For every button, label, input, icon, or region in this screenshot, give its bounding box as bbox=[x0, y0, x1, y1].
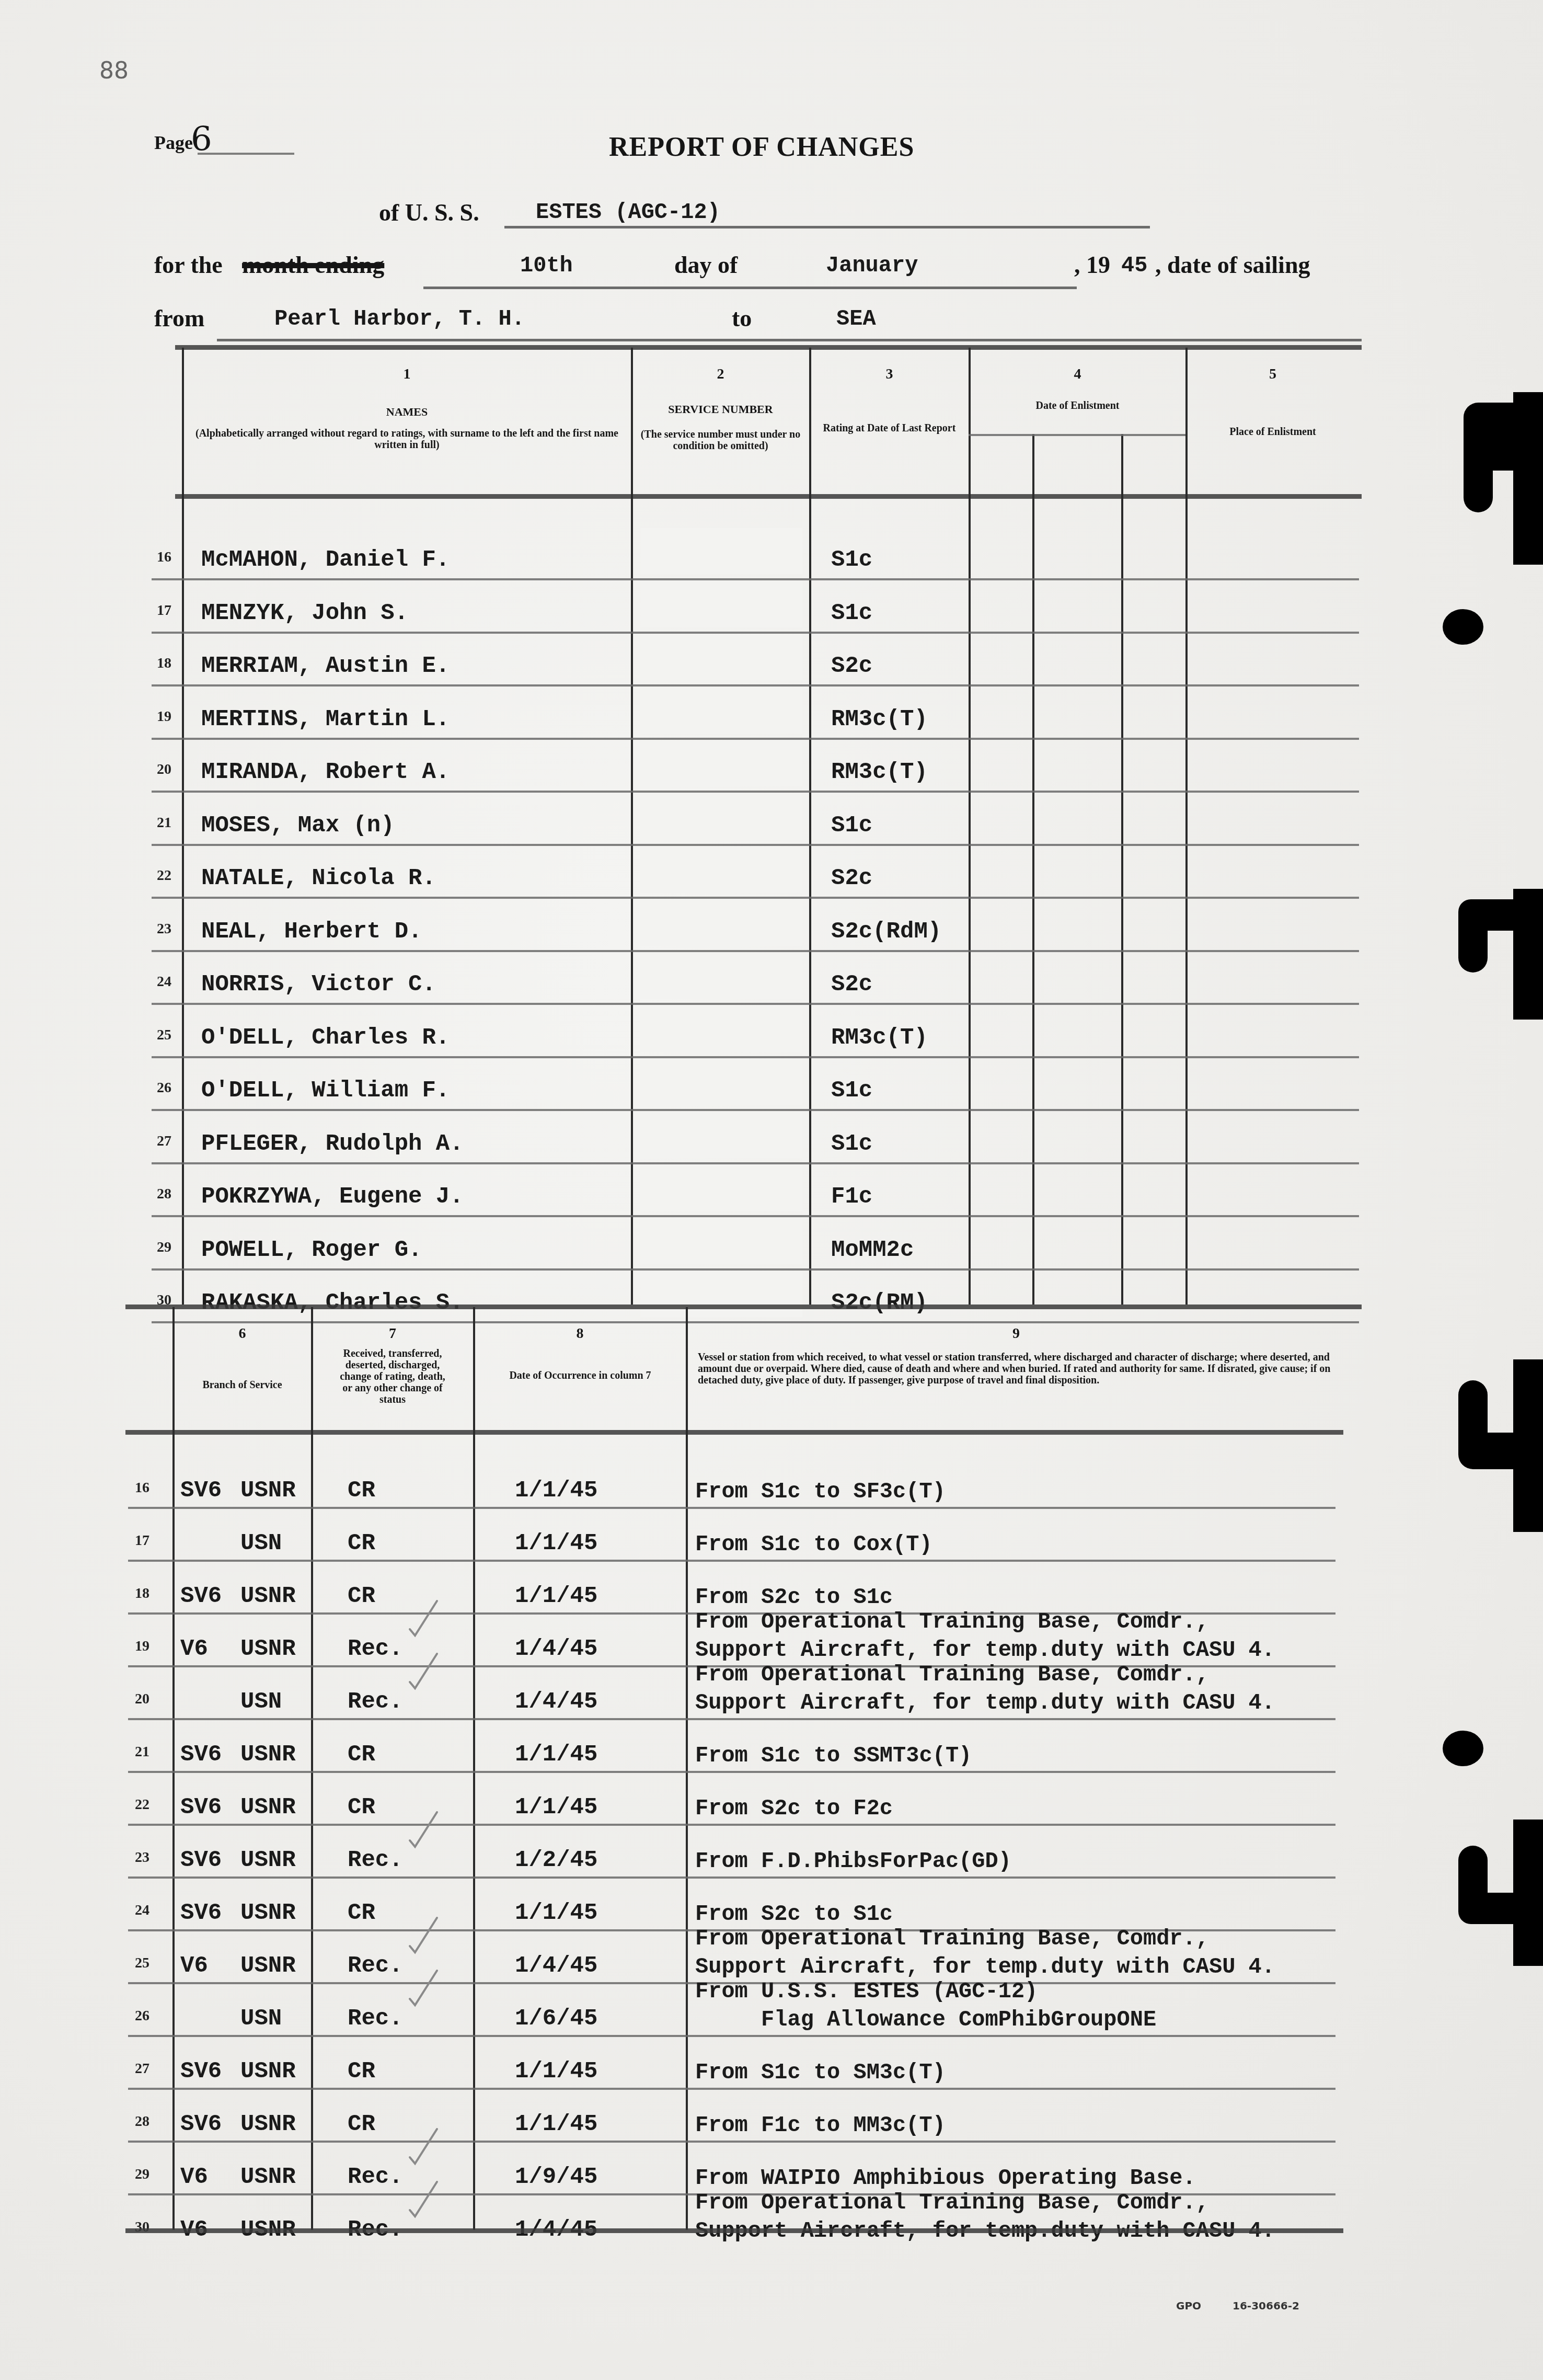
row-rule bbox=[152, 632, 1359, 634]
page-number-rule bbox=[198, 153, 294, 155]
row-number: 21 bbox=[135, 1744, 149, 1760]
occurrence-date: 1/4/45 bbox=[515, 1636, 597, 1662]
service-number-redacted bbox=[640, 900, 802, 946]
occurrence-date: 1/1/45 bbox=[515, 2058, 597, 2085]
status-change: CR bbox=[348, 1583, 375, 1609]
remarks-line-1: From Operational Training Base, Comdr., bbox=[695, 1925, 1209, 1953]
date-of-sailing-label: , date of sailing bbox=[1155, 251, 1310, 279]
col8-title: Date of Occurrence in column 7 bbox=[491, 1370, 669, 1381]
punch-hole-2 bbox=[1443, 1731, 1483, 1766]
row-rule bbox=[128, 1507, 1335, 1509]
row-number: 26 bbox=[135, 2008, 149, 2024]
rating: S2c bbox=[831, 971, 872, 998]
punch-hole-1 bbox=[1443, 609, 1483, 645]
row-number: 16 bbox=[135, 1480, 149, 1496]
service-number-redacted bbox=[640, 1218, 802, 1264]
branch-of-service: USNR bbox=[240, 1900, 296, 1926]
service-number-redacted bbox=[640, 528, 802, 574]
status-change: Rec. bbox=[348, 1689, 403, 1715]
row-rule bbox=[152, 1268, 1359, 1271]
from-label: from bbox=[154, 304, 204, 332]
row-number: 17 bbox=[157, 602, 171, 619]
branch-of-service: USNR bbox=[240, 2164, 296, 2190]
rating: RM3c(T) bbox=[831, 706, 928, 733]
page-label: Page bbox=[154, 132, 193, 154]
service-class: V6 bbox=[180, 1953, 208, 1979]
occurrence-date: 1/1/45 bbox=[515, 2111, 597, 2137]
row-number: 22 bbox=[135, 1797, 149, 1813]
sailor-name: NEAL, Herbert D. bbox=[201, 919, 422, 945]
service-number-redacted bbox=[640, 740, 802, 786]
of-uss-label: of U. S. S. bbox=[379, 199, 479, 226]
row-number: 26 bbox=[157, 1080, 171, 1096]
row-number: 28 bbox=[157, 1186, 171, 1203]
table2-border-left bbox=[172, 1307, 175, 2230]
service-number-redacted bbox=[640, 634, 802, 680]
col5-title: Place of Enlistment bbox=[1187, 426, 1359, 438]
sailor-name: MENZYK, John S. bbox=[201, 600, 408, 626]
to-value: SEA bbox=[836, 306, 876, 331]
occurrence-date: 1/1/45 bbox=[515, 1530, 597, 1557]
pencil-checkmark-icon bbox=[408, 2180, 439, 2222]
remarks: From F1c to MM3c(T) bbox=[695, 2111, 946, 2139]
rating: S1c bbox=[831, 1131, 872, 1157]
service-number-redacted bbox=[640, 953, 802, 999]
row-number: 29 bbox=[135, 2166, 149, 2183]
row-number: 24 bbox=[157, 974, 171, 990]
row-rule bbox=[152, 1321, 1359, 1323]
branch-of-service: USNR bbox=[240, 1478, 296, 1504]
occurrence-date: 1/1/45 bbox=[515, 1478, 597, 1504]
row-number: 25 bbox=[157, 1027, 171, 1044]
col7-title: Received, transferred, deserted, dischar… bbox=[335, 1348, 451, 1405]
row-rule bbox=[152, 684, 1359, 686]
table2-col-divider-3 bbox=[686, 1307, 688, 2230]
remarks: From S2c to F2c bbox=[695, 1794, 893, 1823]
col8-number: 8 bbox=[474, 1325, 686, 1342]
enlistment-subcol-2 bbox=[1121, 434, 1123, 1305]
branch-of-service: USN bbox=[240, 1530, 282, 1557]
row-rule bbox=[128, 1718, 1335, 1720]
service-class: SV6 bbox=[180, 2111, 222, 2137]
row-number: 18 bbox=[157, 655, 171, 672]
table1-top-rule bbox=[175, 345, 1362, 350]
from-to-rule bbox=[217, 339, 1362, 341]
row-number: 27 bbox=[135, 2061, 149, 2077]
binder-tab-top-hook bbox=[1464, 460, 1493, 512]
status-change: Rec. bbox=[348, 1953, 403, 1979]
service-class: SV6 bbox=[180, 1742, 222, 1768]
table2-col-divider-2 bbox=[473, 1307, 475, 2230]
remarks-line-2: Flag Allowance ComPhibGroupONE bbox=[695, 2006, 1156, 2034]
service-class: SV6 bbox=[180, 1478, 222, 1504]
service-number-redacted bbox=[640, 1271, 802, 1317]
remarks-line-1: From Operational Training Base, Comdr., bbox=[695, 1608, 1209, 1636]
service-class: V6 bbox=[180, 1636, 208, 1662]
col4-number: 4 bbox=[970, 366, 1185, 383]
rating: S2c bbox=[831, 653, 872, 679]
remarks: From S1c to SM3c(T) bbox=[695, 2058, 946, 2087]
rating: F1c bbox=[831, 1184, 872, 1210]
row-number: 27 bbox=[157, 1133, 171, 1150]
branch-of-service: USNR bbox=[240, 1583, 296, 1609]
remarks: From S1c to SF3c(T) bbox=[695, 1478, 946, 1506]
pencil-checkmark-icon bbox=[408, 1599, 439, 1641]
pencil-checkmark-icon bbox=[408, 2127, 439, 2169]
sailor-name: POKRZYWA, Eugene J. bbox=[201, 1184, 464, 1210]
occurrence-date: 1/2/45 bbox=[515, 1847, 597, 1873]
row-number: 20 bbox=[135, 1691, 149, 1708]
service-class: SV6 bbox=[180, 2058, 222, 2085]
remarks-line-2: Support Aircraft, for temp.duty with CAS… bbox=[695, 1689, 1275, 1717]
row-rule bbox=[152, 844, 1359, 846]
rating: S1c bbox=[831, 600, 872, 626]
status-change: Rec. bbox=[348, 1636, 403, 1662]
service-class: SV6 bbox=[180, 1794, 222, 1821]
row-rule bbox=[152, 791, 1359, 793]
col2-number: 2 bbox=[632, 366, 809, 383]
service-class: SV6 bbox=[180, 1847, 222, 1873]
form-number: 16-30666-2 bbox=[1233, 2299, 1299, 2312]
remarks: From WAIPIO Amphibious Operating Base. bbox=[695, 2164, 1196, 2192]
col1-note: (Alphabetically arranged without regard … bbox=[191, 428, 623, 451]
table1-border-left bbox=[182, 348, 184, 1305]
row-number: 22 bbox=[157, 867, 171, 884]
col1-number: 1 bbox=[183, 366, 631, 383]
row-number: 28 bbox=[135, 2113, 149, 2130]
row-rule bbox=[152, 950, 1359, 952]
remarks-line-1: From Operational Training Base, Comdr., bbox=[695, 2189, 1209, 2217]
sailor-name: MIRANDA, Robert A. bbox=[201, 759, 450, 785]
binder-tab-bottom bbox=[1458, 1893, 1537, 1924]
occurrence-date: 1/1/45 bbox=[515, 1583, 597, 1609]
rating: S2c bbox=[831, 865, 872, 891]
row-number: 18 bbox=[135, 1585, 149, 1602]
row-rule bbox=[152, 1215, 1359, 1217]
enlistment-subcol-1 bbox=[1032, 434, 1034, 1305]
col6-number: 6 bbox=[174, 1325, 311, 1342]
from-value: Pearl Harbor, T. H. bbox=[274, 306, 525, 331]
corner-mark: 88 bbox=[99, 58, 129, 84]
status-change: Rec. bbox=[348, 2006, 403, 2032]
sailor-name: PFLEGER, Rudolph A. bbox=[201, 1131, 464, 1157]
col1-title: NAMES bbox=[183, 405, 631, 418]
col5-number: 5 bbox=[1187, 366, 1359, 383]
remarks-line-1: From Operational Training Base, Comdr., bbox=[695, 1661, 1209, 1689]
row-rule bbox=[128, 1771, 1335, 1773]
service-number-redacted bbox=[640, 1006, 802, 1052]
row-number: 17 bbox=[135, 1532, 149, 1549]
remarks-line-2: Support Aircraft, for temp.duty with CAS… bbox=[695, 1636, 1275, 1664]
table2-bottom-rule bbox=[125, 2228, 1343, 2233]
row-number: 16 bbox=[157, 549, 171, 566]
service-class: V6 bbox=[180, 2164, 208, 2190]
row-number: 25 bbox=[135, 1955, 149, 1972]
year-prefix: , 19 bbox=[1074, 251, 1110, 279]
branch-of-service: USNR bbox=[240, 2058, 296, 2085]
branch-of-service: USNR bbox=[240, 2111, 296, 2137]
enlistment-subheader-rule bbox=[969, 434, 1185, 436]
pencil-checkmark-icon bbox=[408, 1916, 439, 1958]
col2-title: SERVICE NUMBER bbox=[632, 403, 809, 416]
status-change: Rec. bbox=[348, 1847, 403, 1873]
sailor-name: POWELL, Roger G. bbox=[201, 1237, 422, 1263]
branch-of-service: USNR bbox=[240, 1636, 296, 1662]
occurrence-date: 1/1/45 bbox=[515, 1794, 597, 1821]
pencil-checkmark-icon bbox=[408, 1652, 439, 1694]
branch-of-service: USN bbox=[240, 1689, 282, 1715]
service-number-redacted bbox=[640, 1112, 802, 1158]
occurrence-date: 1/1/45 bbox=[515, 1742, 597, 1768]
rating: MoMM2c bbox=[831, 1237, 914, 1263]
branch-of-service: USNR bbox=[240, 1742, 296, 1768]
sailor-name: NATALE, Nicola R. bbox=[201, 865, 436, 891]
col7-number: 7 bbox=[312, 1325, 473, 1342]
service-number-redacted bbox=[640, 581, 802, 627]
page-title: REPORT OF CHANGES bbox=[609, 132, 914, 163]
branch-of-service: USNR bbox=[240, 1794, 296, 1821]
col4-title: Date of Enlistment bbox=[970, 400, 1185, 411]
status-change: CR bbox=[348, 1900, 375, 1926]
row-number: 30 bbox=[135, 2219, 149, 2236]
row-number: 20 bbox=[157, 761, 171, 778]
branch-of-service: USNR bbox=[240, 1847, 296, 1873]
to-label: to bbox=[732, 304, 752, 332]
col3-number: 3 bbox=[810, 366, 969, 383]
rating: S2c(RM) bbox=[831, 1290, 928, 1316]
ship-name: ESTES (AGC-12) bbox=[536, 200, 720, 225]
service-number-redacted bbox=[640, 688, 802, 734]
sailor-name: MERRIAM, Austin E. bbox=[201, 653, 450, 679]
row-number: 19 bbox=[157, 708, 171, 725]
printer-mark: GPO bbox=[1176, 2299, 1201, 2312]
col2-note: (The service number must under no condit… bbox=[640, 429, 801, 452]
status-change: CR bbox=[348, 2111, 375, 2137]
table2-col-divider-1 bbox=[311, 1307, 313, 2230]
table2-header-bottom-rule bbox=[125, 1430, 1343, 1435]
col6-title: Branch of Service bbox=[174, 1379, 311, 1391]
service-number-redacted bbox=[640, 1165, 802, 1211]
month-value: January bbox=[826, 253, 918, 278]
row-number: 23 bbox=[157, 921, 171, 937]
pencil-checkmark-icon bbox=[408, 1810, 439, 1852]
row-number: 23 bbox=[135, 1849, 149, 1866]
row-rule bbox=[152, 578, 1359, 580]
binder-tab-lower bbox=[1458, 1433, 1537, 1469]
row-rule bbox=[152, 738, 1359, 740]
table1-col-divider-1 bbox=[631, 348, 633, 1305]
row-number: 21 bbox=[157, 815, 171, 831]
service-number-redacted bbox=[640, 794, 802, 840]
occurrence-date: 1/9/45 bbox=[515, 2164, 597, 2190]
remarks: From S1c to Cox(T) bbox=[695, 1530, 932, 1559]
row-rule bbox=[152, 1162, 1359, 1164]
row-rule bbox=[152, 897, 1359, 899]
table1-header-bottom-rule bbox=[175, 494, 1362, 499]
rating: RM3c(T) bbox=[831, 1025, 928, 1051]
sailor-name: NORRIS, Victor C. bbox=[201, 971, 436, 998]
service-class: SV6 bbox=[180, 1900, 222, 1926]
remarks-line-2: Support Aircraft, for temp.duty with CAS… bbox=[695, 1953, 1275, 1981]
row-rule bbox=[128, 1824, 1335, 1826]
status-change: CR bbox=[348, 1478, 375, 1504]
sailor-name: RAKASKA, Charles S. bbox=[201, 1290, 464, 1316]
status-change: Rec. bbox=[348, 2164, 403, 2190]
occurrence-date: 1/4/45 bbox=[515, 1689, 597, 1715]
rating: S1c bbox=[831, 547, 872, 573]
row-rule bbox=[128, 1560, 1335, 1562]
status-change: CR bbox=[348, 2058, 375, 2085]
document-page: 88 Page 6 REPORT OF CHANGES of U. S. S. … bbox=[0, 0, 1543, 2380]
for-the-rule bbox=[423, 287, 1077, 289]
col9-title: Vessel or station from which received, t… bbox=[698, 1352, 1338, 1386]
sailor-name: O'DELL, William F. bbox=[201, 1078, 450, 1104]
remarks: From F.D.PhibsForPac(GD) bbox=[695, 1847, 1011, 1875]
branch-of-service: USN bbox=[240, 2006, 282, 2032]
status-change: CR bbox=[348, 1742, 375, 1768]
day-of-label: day of bbox=[674, 251, 738, 279]
remarks-line-1: From U.S.S. ESTES (AGC-12) bbox=[695, 1977, 1038, 2006]
branch-of-service: USNR bbox=[240, 1953, 296, 1979]
binder-tab-mid-hook bbox=[1458, 920, 1488, 972]
occurrence-date: 1/6/45 bbox=[515, 2006, 597, 2032]
remarks: From S2c to S1c bbox=[695, 1583, 893, 1611]
table1-col-divider-3 bbox=[969, 348, 971, 1305]
day-value: 10th bbox=[520, 253, 573, 278]
rating: S2c(RdM) bbox=[831, 919, 941, 945]
service-number-redacted bbox=[640, 846, 802, 892]
row-rule bbox=[152, 1109, 1359, 1111]
pencil-checkmark-icon bbox=[408, 1969, 439, 2010]
col9-number: 9 bbox=[687, 1325, 1345, 1342]
year-value: 45 bbox=[1121, 253, 1147, 278]
row-number: 19 bbox=[135, 1638, 149, 1655]
occurrence-date: 1/1/45 bbox=[515, 1900, 597, 1926]
col3-title: Rating at Date of Last Report bbox=[815, 422, 963, 434]
rating: RM3c(T) bbox=[831, 759, 928, 785]
service-class: SV6 bbox=[180, 1583, 222, 1609]
sailor-name: MOSES, Max (n) bbox=[201, 813, 395, 839]
sailor-name: O'DELL, Charles R. bbox=[201, 1025, 450, 1051]
status-change: CR bbox=[348, 1794, 375, 1821]
occurrence-date: 1/4/45 bbox=[515, 1953, 597, 1979]
row-number: 24 bbox=[135, 1902, 149, 1919]
status-change: CR bbox=[348, 1530, 375, 1557]
row-rule bbox=[128, 2141, 1335, 2143]
remarks: From S2c to S1c bbox=[695, 1900, 893, 1928]
row-rule bbox=[128, 1876, 1335, 1879]
table1-col-divider-4 bbox=[1185, 348, 1188, 1305]
sailor-name: McMAHON, Daniel F. bbox=[201, 547, 450, 573]
service-number-redacted bbox=[640, 1059, 802, 1105]
rating: S1c bbox=[831, 1078, 872, 1104]
rating: S1c bbox=[831, 813, 872, 839]
table1-col-divider-2 bbox=[809, 348, 811, 1305]
row-number: 29 bbox=[157, 1239, 171, 1256]
struck-month-ending: month ending bbox=[242, 251, 384, 279]
row-rule bbox=[152, 1056, 1359, 1058]
row-rule bbox=[152, 1003, 1359, 1005]
sailor-name: MERTINS, Martin L. bbox=[201, 706, 450, 733]
for-the-label: for the bbox=[154, 251, 223, 279]
ship-name-rule bbox=[504, 226, 1150, 228]
remarks: From S1c to SSMT3c(T) bbox=[695, 1742, 972, 1770]
row-rule bbox=[128, 2088, 1335, 2090]
row-rule bbox=[128, 2035, 1335, 2037]
